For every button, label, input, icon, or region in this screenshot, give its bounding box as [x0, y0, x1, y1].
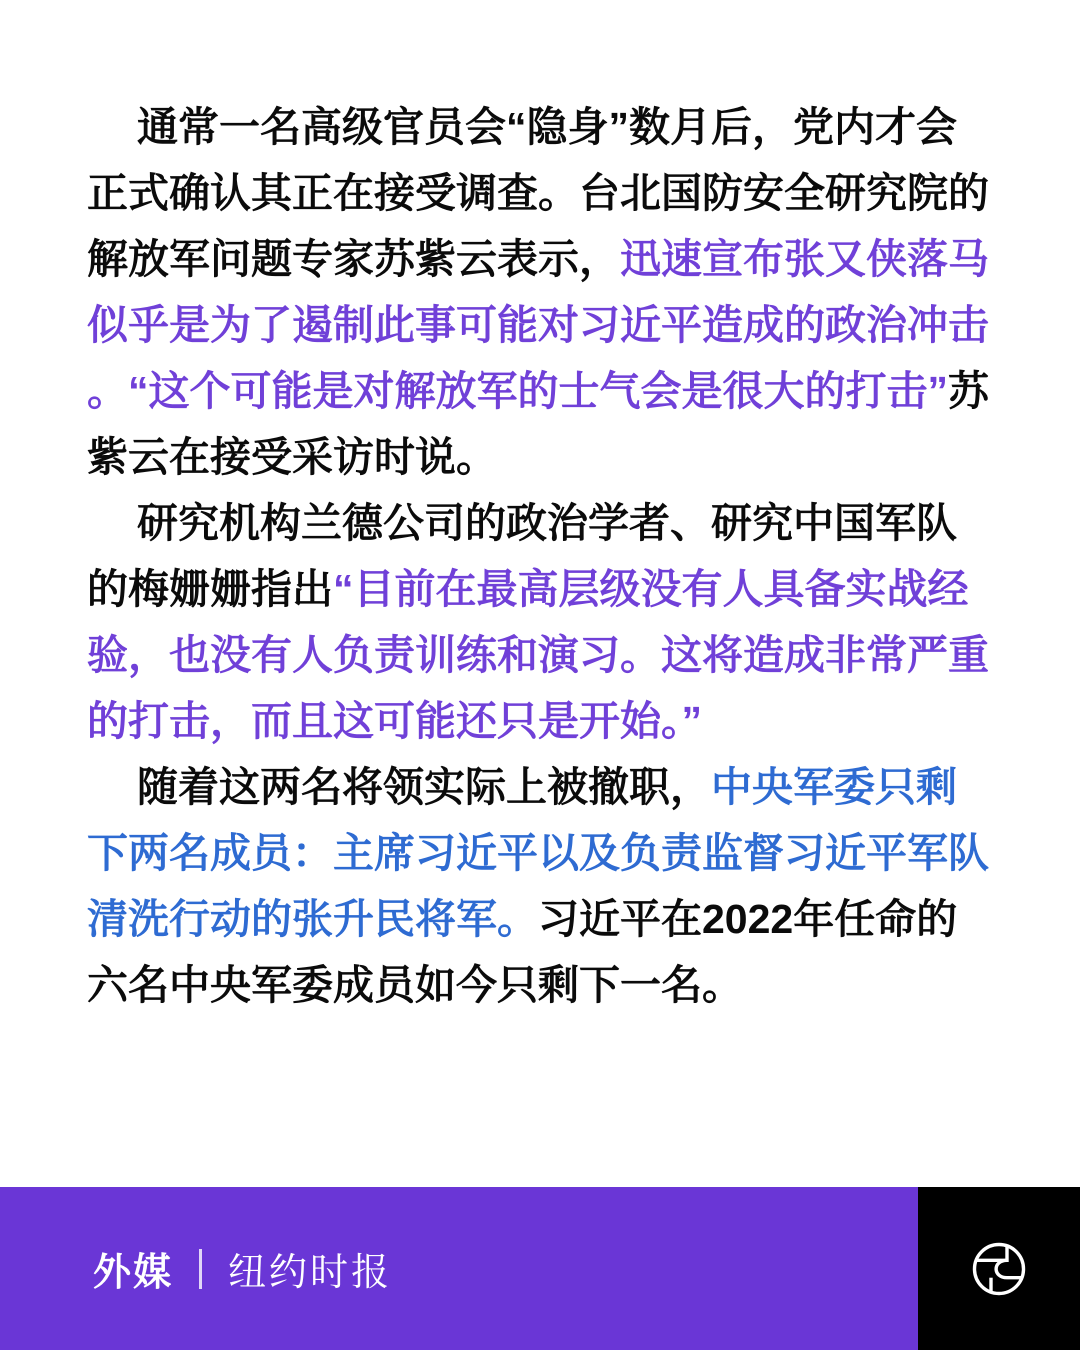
- circle-monogram-logo-icon: [966, 1236, 1032, 1302]
- source-category-label: 外媒: [93, 1241, 173, 1296]
- paragraph: 研究机构兰德公司的政治学者、研究中国军队的梅姗姗指出“目前在最高层级没有人具备实…: [87, 490, 993, 754]
- footer-bar: 外媒 纽约时报: [0, 1187, 1080, 1350]
- news-card: 通常一名高级官员会“隐身”数月后，党内才会正式确认其正在接受调查。台北国防安全研…: [0, 0, 1080, 1350]
- text-run-normal: 随着这两名将领实际上被撤职，: [137, 764, 711, 810]
- paragraph: 随着这两名将领实际上被撤职，中央军委只剩下两名成员：主席习近平以及负责监督习近平…: [87, 754, 993, 1018]
- vertical-divider: [199, 1249, 202, 1289]
- source-name-label: 纽约时报: [228, 1241, 392, 1296]
- source-strip: 外媒 纽约时报: [0, 1187, 918, 1350]
- paragraph: 通常一名高级官员会“隐身”数月后，党内才会正式确认其正在接受调查。台北国防安全研…: [87, 94, 993, 490]
- logo-box: [918, 1187, 1080, 1350]
- article-body: 通常一名高级官员会“隐身”数月后，党内才会正式确认其正在接受调查。台北国防安全研…: [87, 94, 993, 1018]
